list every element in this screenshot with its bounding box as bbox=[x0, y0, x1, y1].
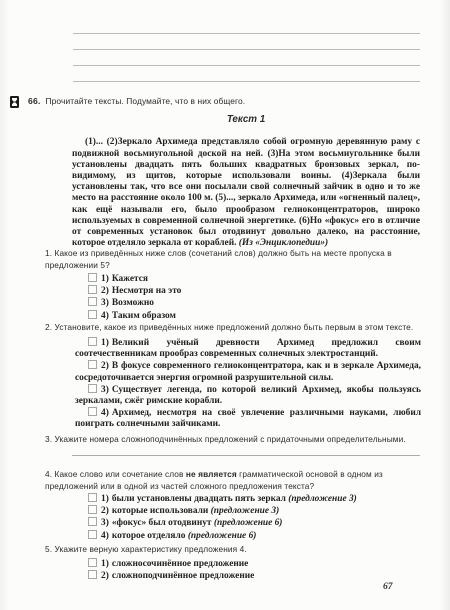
checkbox[interactable] bbox=[88, 493, 97, 502]
option-row: 1)Кажется bbox=[75, 273, 421, 285]
option-text: Таким образом bbox=[112, 311, 176, 321]
checkbox[interactable] bbox=[88, 360, 97, 369]
option-row: 4)Архимед, несмотря на своё увлечение ра… bbox=[75, 407, 421, 430]
question-5-options: 1)сложносочинённое предложение 2)сложноп… bbox=[75, 558, 421, 582]
page-number: 67 bbox=[383, 582, 393, 592]
option-number: 2) bbox=[101, 571, 109, 581]
option-row: 3)Возможно bbox=[75, 297, 421, 309]
checkbox[interactable] bbox=[88, 407, 97, 416]
writing-line[interactable] bbox=[73, 18, 420, 34]
option-text: Существует легенда, по которой великий А… bbox=[75, 385, 421, 406]
option-row: 2)которые использовали (предложение 3) bbox=[75, 505, 421, 517]
option-row: 4)которое отделяло (предложение 6) bbox=[75, 530, 421, 542]
writing-line[interactable] bbox=[73, 34, 420, 50]
checkbox[interactable] bbox=[88, 558, 97, 567]
option-note: (предложение 3) bbox=[288, 494, 357, 504]
option-text: «фокус» был отодвинут bbox=[112, 518, 214, 528]
option-number: 4) bbox=[101, 408, 109, 418]
option-text: которое отделяло bbox=[112, 531, 188, 541]
option-note: (предложение 6) bbox=[214, 518, 283, 528]
option-note: (предложение 6) bbox=[188, 531, 257, 541]
option-row: 1)сложносочинённое предложение bbox=[75, 558, 421, 570]
option-text: В фокусе современного гелиоконцентратора… bbox=[75, 361, 421, 382]
option-text: Великий учёный древности Архимед предлож… bbox=[75, 338, 421, 359]
option-text: Возможно bbox=[112, 298, 154, 308]
text1-title: Текст 1 bbox=[72, 114, 420, 125]
checkbox[interactable] bbox=[88, 310, 97, 319]
option-number: 4) bbox=[101, 311, 109, 321]
option-number: 3) bbox=[101, 385, 109, 395]
option-text: Архимед, несмотря на своё увлечение разл… bbox=[75, 408, 421, 429]
option-number: 1) bbox=[101, 494, 109, 504]
writing-line[interactable] bbox=[73, 66, 420, 82]
checkbox[interactable] bbox=[88, 337, 97, 346]
checkbox[interactable] bbox=[88, 297, 97, 306]
text1-paragraph: (1)... (2)Зеркало Архимеда представляло … bbox=[72, 137, 420, 249]
option-text: Кажется bbox=[112, 274, 148, 284]
question-5-stem: 5. Укажите верную характеристику предлож… bbox=[45, 543, 422, 555]
question-3-stem: 3. Укажите номера сложноподчинённых пред… bbox=[45, 433, 422, 445]
option-number: 2) bbox=[101, 286, 109, 296]
option-row: 2)В фокусе современного гелиоконцентрато… bbox=[75, 360, 421, 383]
option-row: 1)Великий учёный древности Архимед предл… bbox=[75, 337, 421, 360]
exercise-number: 66. bbox=[28, 96, 41, 106]
option-text: которые использовали bbox=[112, 506, 211, 516]
option-number: 2) bbox=[101, 506, 109, 516]
stem-text: 4. Какое слово или сочетание слов bbox=[45, 469, 186, 479]
question-4-stem: 4. Какое слово или сочетание слов не явл… bbox=[45, 468, 422, 492]
question-4-options: 1)были установлены двадцать пять зеркал … bbox=[75, 493, 421, 542]
option-text: сложноподчинённое предложение bbox=[112, 571, 254, 581]
checkbox[interactable] bbox=[88, 530, 97, 539]
option-text: Несмотря на это bbox=[112, 286, 182, 296]
checkbox[interactable] bbox=[88, 285, 97, 294]
option-number: 1) bbox=[101, 338, 109, 348]
option-number: 3) bbox=[101, 298, 109, 308]
checkbox[interactable] bbox=[88, 384, 97, 393]
question-2-options: 1)Великий учёный древности Архимед предл… bbox=[75, 337, 421, 431]
exercise-header: 66. Прочитайте тексты. Подумайте, что в … bbox=[10, 95, 430, 107]
option-note: (предложение 3) bbox=[211, 506, 280, 516]
hourglass-icon bbox=[10, 95, 19, 107]
option-row: 3)«фокус» был отодвинут (предложение 6) bbox=[75, 517, 421, 529]
writing-line[interactable] bbox=[73, 50, 420, 66]
option-number: 3) bbox=[101, 518, 109, 528]
option-number: 1) bbox=[101, 274, 109, 284]
option-row: 4)Таким образом bbox=[75, 310, 421, 322]
exercise-instruction: Прочитайте тексты. Подумайте, что в них … bbox=[46, 96, 246, 106]
stem-emphasis: не является bbox=[186, 469, 237, 479]
option-number: 2) bbox=[101, 361, 109, 371]
checkbox[interactable] bbox=[88, 273, 97, 282]
checkbox[interactable] bbox=[88, 517, 97, 526]
textbook-page: 66. Прочитайте тексты. Подумайте, что в … bbox=[0, 0, 450, 610]
checkbox[interactable] bbox=[88, 505, 97, 514]
answer-line[interactable] bbox=[72, 449, 420, 456]
option-row: 3)Существует легенда, по которой великий… bbox=[75, 384, 421, 407]
option-row: 2)Несмотря на это bbox=[75, 285, 421, 297]
option-text: сложносочинённое предложение bbox=[112, 559, 249, 569]
option-number: 4) bbox=[101, 531, 109, 541]
question-2-stem: 2. Установите, какое из приведённых ниже… bbox=[45, 321, 422, 333]
answer-writing-lines bbox=[73, 18, 420, 82]
option-row: 2)сложноподчинённое предложение bbox=[75, 570, 421, 582]
question-1-options: 1)Кажется 2)Несмотря на это 3)Возможно 4… bbox=[75, 273, 421, 322]
question-1-stem: 1. Какое из приведённых ниже слов (сочет… bbox=[45, 247, 422, 271]
option-row: 1)были установлены двадцать пять зеркал … bbox=[75, 493, 421, 505]
option-number: 1) bbox=[101, 559, 109, 569]
checkbox[interactable] bbox=[88, 570, 97, 579]
option-text: были установлены двадцать пять зеркал bbox=[112, 494, 288, 504]
text1-body: (1)... (2)Зеркало Архимеда представляло … bbox=[72, 137, 420, 248]
